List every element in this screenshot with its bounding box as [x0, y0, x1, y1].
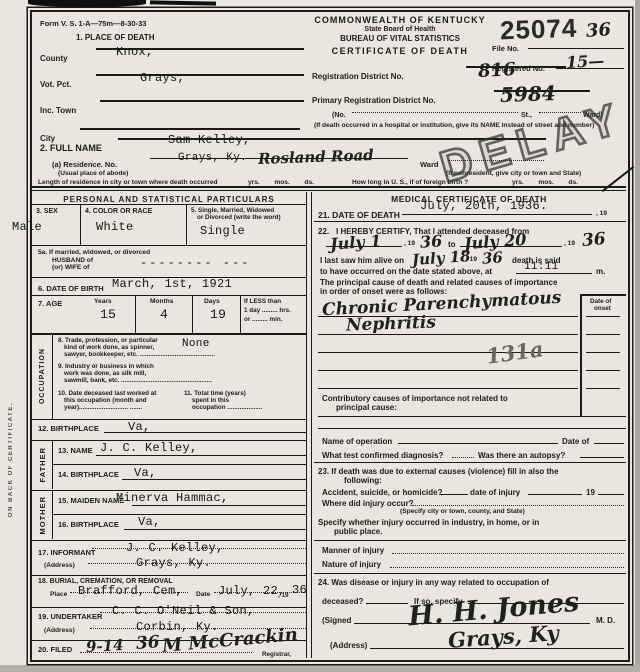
operation-label: Name of operation — [322, 437, 392, 446]
burial-year-hand: 36 — [292, 583, 307, 597]
occupation-vertical-box: OCCUPATION — [32, 334, 53, 419]
city-line — [80, 128, 300, 130]
scan-artifact-blob — [28, 0, 146, 7]
residence-label: (a) Residence. No. — [52, 160, 117, 169]
operation-line — [398, 443, 558, 444]
printed-19a: , 19 — [404, 240, 415, 247]
time-line — [516, 273, 592, 274]
year-hand-2: 36 — [581, 229, 606, 251]
county-value: Knox, — [116, 45, 154, 59]
injury-19-line — [598, 494, 624, 495]
birthplace14-value: Va, — [134, 466, 157, 480]
birthplace12-label: 12. BIRTHPLACE — [38, 424, 99, 433]
occ10-label-2: this occupation (month and — [64, 397, 147, 404]
name13-value: J. C. Kelley, — [100, 441, 198, 455]
onset-column-top — [580, 294, 626, 296]
length-residence-label: Length of residence in city or town wher… — [38, 179, 218, 186]
occ8-value: None — [182, 338, 210, 350]
accident-label: Accident, suicide, or homicide? — [322, 488, 442, 497]
left-line-295 — [32, 295, 306, 296]
undertaker-label: 19. UNDERTAKER — [38, 612, 102, 621]
dob-value: March, 1st, 1921 — [112, 277, 232, 291]
right-line-540 — [314, 540, 626, 541]
scan-edge-right — [635, 0, 640, 672]
vot-pct-line — [96, 74, 304, 76]
full-name-value: Sam Kelley, — [168, 133, 251, 147]
year-hand-3: 36 — [481, 248, 503, 267]
accident-line — [440, 494, 468, 495]
scan-edge-bottom — [0, 665, 640, 672]
manner-dotted — [392, 553, 624, 554]
birthplace16-label: 16. BIRTHPLACE — [58, 520, 119, 529]
left-line-333 — [32, 333, 306, 335]
mother-vertical-box: MOTHER — [32, 491, 53, 539]
burial-date-value: July, 22, — [218, 584, 286, 598]
length-units: yrs. mos. ds. — [248, 179, 314, 186]
autopsy-line — [580, 457, 624, 458]
nature-dotted — [390, 567, 624, 568]
months-value: 4 — [160, 307, 168, 322]
onset-line-3 — [586, 352, 620, 353]
date-of-operation-line — [594, 443, 624, 444]
onset-line-5 — [586, 388, 620, 389]
occurred-label: to have occurred on the date stated abov… — [320, 267, 492, 276]
principal-cause-label-1: The principal cause of death and related… — [320, 278, 557, 287]
father-vertical-label: FATHER — [38, 447, 47, 482]
time-of-death-value: 11:11 — [524, 261, 559, 273]
deceased-label: deceased? — [322, 597, 363, 606]
autopsy-label: Was there an autopsy? — [478, 451, 565, 460]
undertaker-value: C. C. O'Neil & Son, — [112, 604, 255, 618]
date-of-death-value: July, 20th, 1936. — [420, 199, 548, 213]
filed-label: 20. FILED — [38, 645, 72, 654]
vot-pct-value: Grays, — [140, 71, 185, 85]
filed-year-hand: 36 — [135, 632, 160, 654]
husband-value: -------- --- — [140, 256, 250, 270]
occ9-label-3: sawmill, bank, etc. ....................… — [64, 377, 212, 384]
marital-label-1: 5. Single, Married, Widowed — [191, 207, 274, 214]
marital-value: Single — [200, 224, 245, 238]
less-label-1: If LESS than — [244, 298, 281, 305]
inc-town-label: Inc. Town — [40, 106, 76, 115]
no-dotted-line — [352, 112, 518, 113]
left-line-419 — [32, 419, 306, 420]
right-line-221 — [314, 221, 626, 222]
onset-line-2 — [586, 334, 620, 335]
filed-date-hand: 9-14 — [86, 636, 124, 656]
abode-note: (Usual place of abode) — [58, 170, 128, 177]
signed-address-label: (Address) — [330, 641, 367, 650]
months-label: Months — [150, 298, 173, 305]
specify-city-note: (Specify city or town, county, and State… — [400, 508, 525, 515]
onset-line-4 — [586, 370, 620, 371]
date-of-death-label: 21. DATE OF DEATH — [318, 210, 400, 220]
inc-town-line — [100, 100, 304, 102]
name13-label: 13. NAME — [58, 446, 93, 455]
maiden15-label: 15. MAIDEN NAME — [58, 496, 124, 505]
age-label: 7. AGE — [38, 299, 62, 308]
occ9-label-2: work was done, as silk mill, — [64, 370, 146, 377]
cell-divider-2 — [186, 204, 187, 245]
occ11-label-1: 11. Total time (years) — [184, 390, 246, 397]
husband-label-2: HUSBAND of — [52, 257, 93, 264]
md-label: M. D. — [596, 616, 615, 625]
form-number: Form V. S. 1-A—75m—8-30-33 — [40, 19, 146, 28]
contributory-label-1: Contributory causes of importance not re… — [322, 394, 508, 403]
informant-address-value: Grays, Ky. — [136, 556, 211, 570]
cell-divider-1 — [80, 204, 81, 245]
ward-label: Ward — [420, 160, 438, 169]
certify-number: 22. — [318, 227, 329, 236]
informant-address-label: (Address) — [44, 562, 75, 569]
left-line-464 — [52, 464, 306, 465]
birthplace16-line — [124, 529, 306, 530]
husband-label-3: (or) WIFE of — [52, 264, 89, 271]
no-label: (No. — [332, 112, 346, 119]
file-number-hand: 36 — [585, 19, 611, 42]
m-label: m. — [596, 267, 605, 276]
reg-district-label: Registration District No. — [312, 72, 404, 81]
occ8-label-2: kind of work done, as spinner, — [64, 344, 154, 351]
contrib-line-1 — [318, 416, 626, 417]
contrib-line-2 — [318, 428, 626, 429]
less-label-3: or ......... min. — [244, 316, 283, 323]
age-divider-2 — [192, 295, 193, 333]
where-injury-dotted — [412, 505, 624, 506]
age-divider-1 — [135, 295, 136, 333]
husband-label-1: 5a. If married, widowed, or divorced — [38, 249, 150, 256]
signed-label: (Signed — [322, 616, 351, 625]
informant-label: 17. INFORMANT — [38, 548, 96, 557]
age-divider-3 — [240, 295, 241, 333]
date-of-operation-label: Date of — [562, 437, 589, 446]
how-long-units: yrs. mos. ds. — [512, 179, 578, 186]
cause-line-4 — [318, 370, 578, 371]
margin-note-text: ON BACK OF CERTIFICATE. — [8, 402, 14, 517]
burial-date-label: Date — [196, 591, 210, 598]
file-number-stamp: 25074 — [499, 13, 577, 47]
deceased-line — [366, 603, 408, 604]
occ8-label-1: 8. Trade, profession, or particular — [58, 337, 158, 344]
race-value: White — [96, 220, 134, 234]
manner-of-injury-label: Manner of injury — [322, 546, 384, 555]
onset-label-1: Date of — [590, 298, 611, 305]
occ10-label-3: year)............................ ......… — [64, 404, 142, 411]
registrar-label: Registrar, — [262, 651, 291, 658]
city-label: City — [40, 134, 55, 143]
occ9-label-1: 9. Industry or business in which — [58, 363, 154, 370]
burial-place-label: Place — [50, 591, 67, 598]
test-dotted — [452, 457, 474, 458]
personal-section-title: PERSONAL AND STATISTICAL PARTICULARS — [32, 195, 306, 204]
printed-19b: , 19 — [564, 240, 575, 247]
cause-line-5 — [318, 388, 578, 389]
informant-value: J. C. Kelley, — [126, 541, 224, 555]
years-value: 15 — [100, 307, 116, 322]
specify-industry-label-1: Specify whether injury occurred in indus… — [318, 518, 539, 527]
injury-19-label: 19 — [586, 488, 595, 497]
registered-no-value: 15— — [566, 51, 605, 72]
county-label: County — [40, 54, 68, 63]
specify-industry-label-2: public place. — [334, 527, 382, 536]
external-causes-label-1: 23. If death was due to external causes … — [318, 467, 559, 476]
occ11-label-3: occupation .................... — [192, 404, 262, 411]
burial-place-value: Brafford, Cem, — [78, 584, 183, 598]
race-label: 4. COLOR OR RACE — [85, 208, 152, 215]
name13-line — [96, 455, 306, 456]
dod-printed-19: , 19 — [596, 210, 607, 217]
birthplace14-label: 14. BIRTHPLACE — [58, 470, 119, 479]
birthplace12-value: Va, — [128, 420, 151, 434]
maiden15-value: Minerva Hammac, — [116, 491, 229, 505]
years-label: Years — [94, 298, 112, 305]
father-vertical-box: FATHER — [32, 441, 53, 489]
full-name-label: 2. FULL NAME — [40, 143, 102, 153]
onset-line-1 — [586, 316, 620, 317]
test-confirmed-label: What test confirmed diagnosis? — [322, 451, 443, 460]
date-of-death-line — [402, 214, 592, 215]
header-separator-bottom — [30, 190, 626, 191]
onset-label-2: onset — [594, 305, 611, 312]
vot-pct-label: Vot. Pct. — [40, 80, 71, 89]
where-injury-label: Where did injury occur? — [322, 499, 414, 508]
dob-label: 6. DATE OF BIRTH — [38, 284, 104, 293]
right-line-462 — [314, 462, 626, 463]
left-line-245 — [32, 245, 306, 246]
occ8-label-3: sawyer, bookkeeper, etc. ...............… — [64, 351, 215, 358]
occ11-label-2: spent in this — [192, 397, 229, 404]
occupation-related-label: 24. Was disease or injury in any way rel… — [318, 578, 549, 587]
onset-column-border — [580, 296, 582, 416]
external-causes-label-2: following: — [344, 476, 382, 485]
place-of-death-heading: 1. PLACE OF DEATH — [76, 33, 155, 42]
injury-date-label: date of injury — [470, 488, 520, 497]
undertaker-address-label: (Address) — [44, 627, 75, 634]
right-line-573 — [314, 573, 626, 574]
marital-label-2: or Divorced (write the word) — [197, 214, 281, 221]
attended-from-hand: July 1 — [329, 231, 381, 254]
days-value: 19 — [210, 307, 226, 322]
residence-typed-value: Grays, Ky. — [178, 152, 247, 164]
left-line-575 — [32, 575, 306, 576]
contributory-label-2: principal cause: — [336, 403, 397, 412]
left-line-514 — [52, 514, 306, 515]
injury-date-line — [528, 494, 582, 495]
maiden15-line — [132, 505, 306, 506]
occupation-vertical-label: OCCUPATION — [39, 348, 46, 404]
days-label: Days — [204, 298, 220, 305]
less-label-2: 1 day ......... hrs. — [244, 307, 291, 314]
sex-label: 3. SEX — [36, 208, 58, 215]
sex-value: Male — [12, 220, 42, 234]
reg-district-value: 816 — [477, 59, 516, 82]
margin-note: ON BACK OF CERTIFICATE. — [8, 340, 14, 580]
nature-of-injury-label: Nature of injury — [322, 560, 381, 569]
birthplace16-value: Va, — [138, 515, 161, 529]
cause-of-death-hand-2: Nephritis — [346, 312, 437, 335]
left-line-204 — [32, 204, 306, 205]
primary-reg-label: Primary Registration District No. — [312, 96, 436, 105]
primary-reg-value: 5984 — [500, 81, 556, 107]
mother-vertical-label: MOTHER — [38, 496, 47, 535]
occ10-label-1: 10. Date deceased last worked at — [58, 390, 156, 397]
header-separator-top — [30, 186, 626, 188]
last-saw-label: I last saw him alive on — [320, 256, 404, 265]
